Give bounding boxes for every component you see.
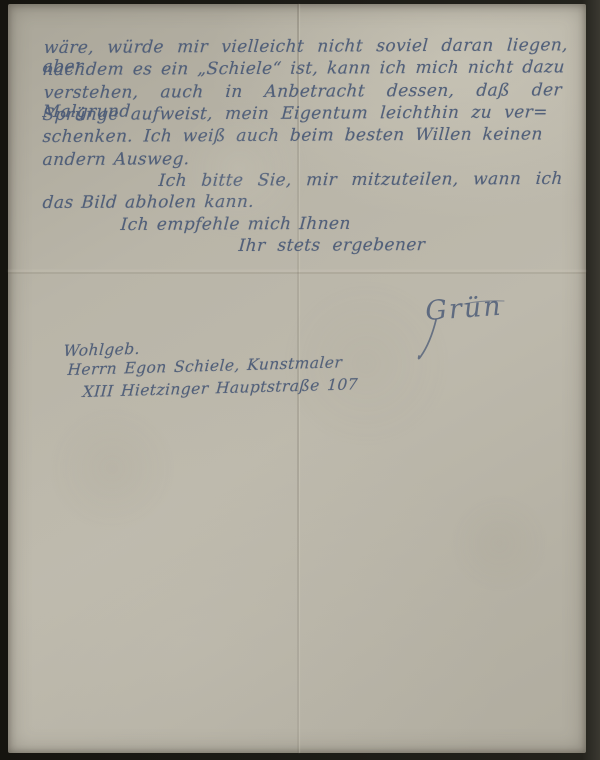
letter-line: Ihr stets ergebener [238, 236, 426, 256]
address-line: Wohlgeb. [63, 341, 140, 360]
letter-line: andern Ausweg. [42, 150, 190, 169]
letter-page: wäre, würde mir vielleicht nicht soviel … [8, 4, 586, 753]
letter-line: Sprünge aufweist, mein Eigentum leichthi… [42, 103, 548, 124]
letter-line: schenken. Ich weiß auch beim besten Will… [42, 125, 543, 146]
scan-background: wäre, würde mir vielleicht nicht soviel … [0, 0, 600, 760]
signature-flourish-icon: Grün [406, 288, 536, 368]
letter-line: Ich bitte Sie, mir mitzuteilen, wann ich [158, 170, 563, 191]
signature-text: Grün [424, 291, 503, 327]
letter-line: das Bild abholen kann. [42, 193, 255, 213]
signature-block: Grün [406, 288, 536, 368]
address-line: XIII Hietzinger Hauptstraße 107 [82, 376, 359, 401]
letter-line: Ich empfehle mich Ihnen [120, 215, 351, 235]
horizontal-fold-line [8, 272, 586, 274]
letter-line: nachdem es ein „Schiele“ ist, kann ich m… [42, 58, 565, 79]
